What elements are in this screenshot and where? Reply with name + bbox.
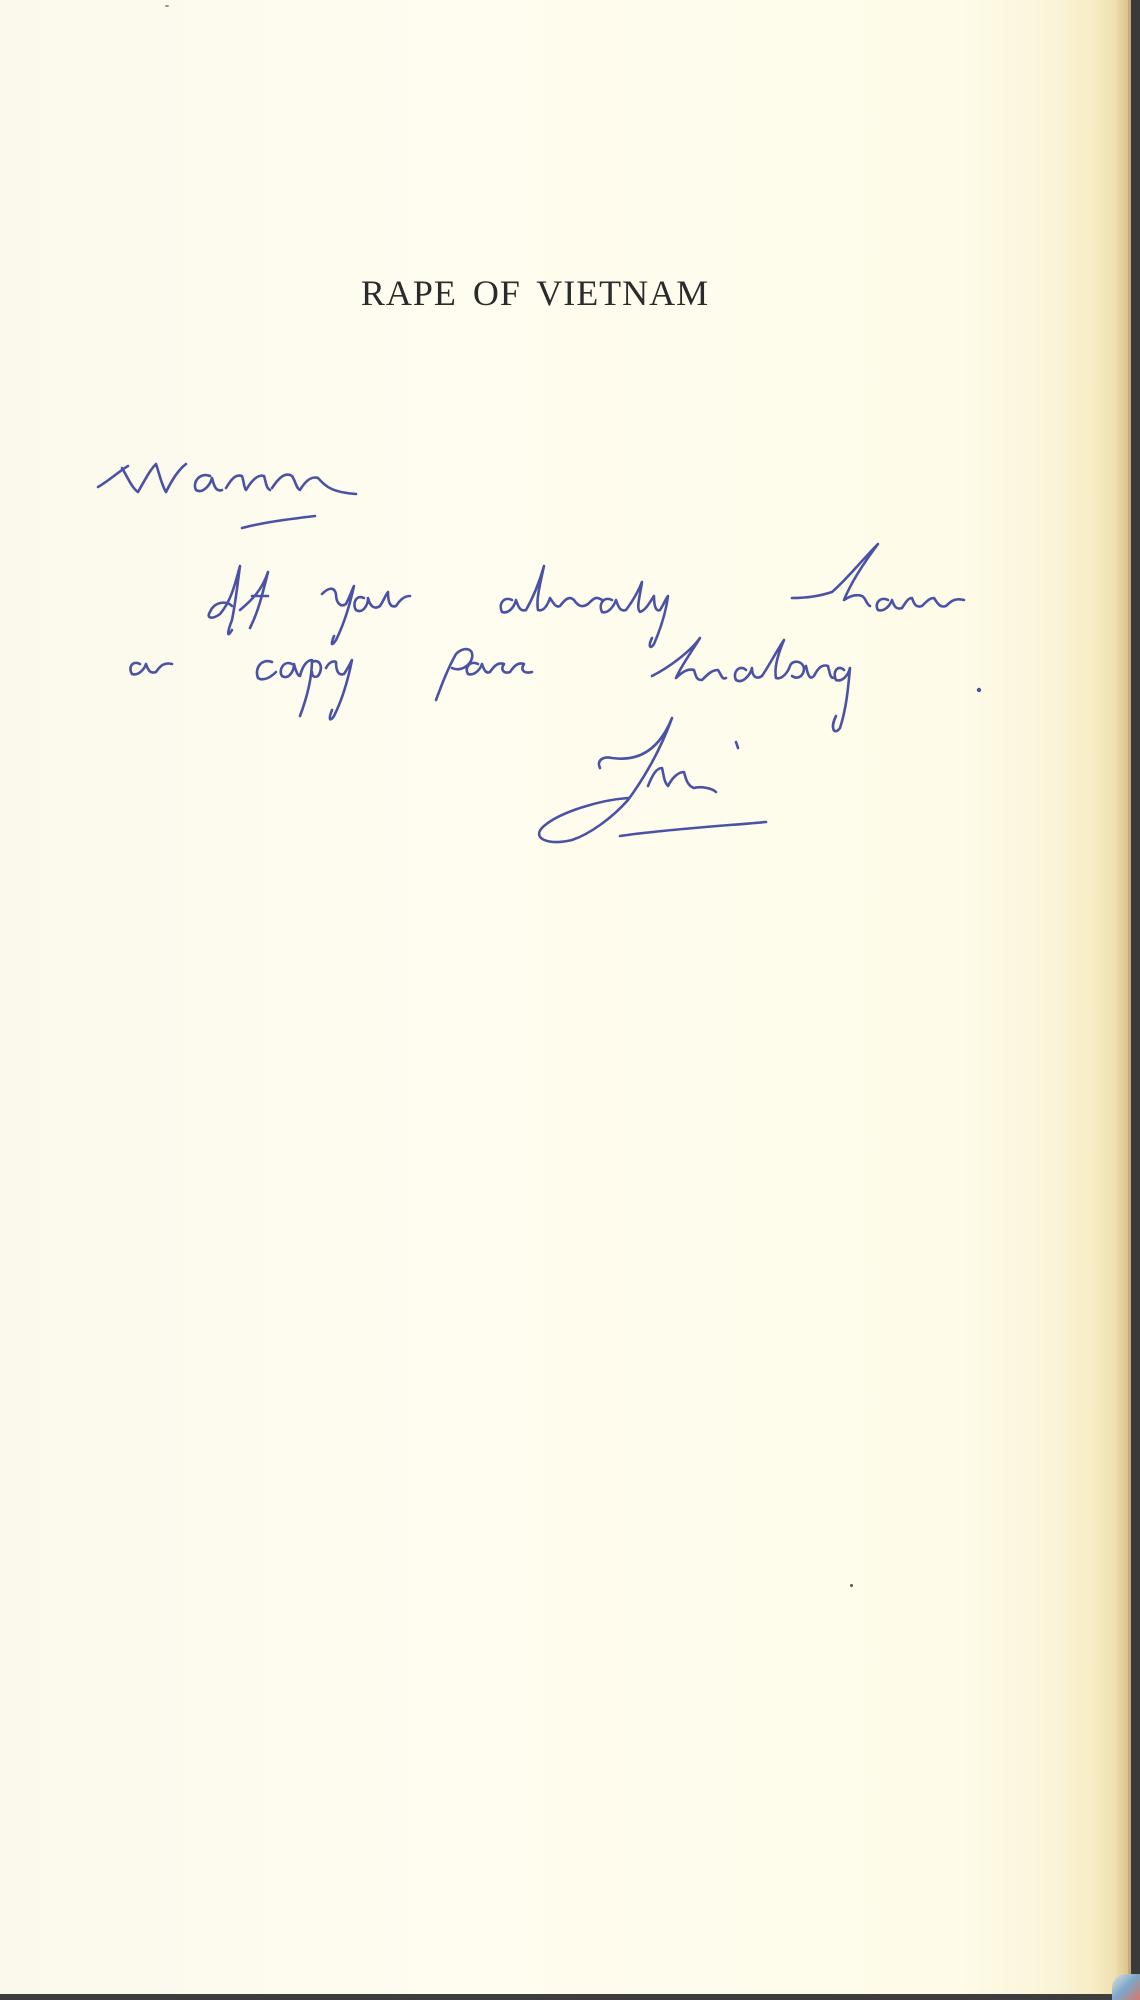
salutation-underline <box>242 516 315 528</box>
page-bottom-edge <box>0 1994 1140 2000</box>
book-title-page: RAPE OF VIETNAM Warren If you already ha… <box>0 0 1131 1994</box>
handwriting-warren <box>98 464 356 494</box>
handwriting-line-2 <box>130 638 981 731</box>
book-cover-corner <box>1112 1974 1140 2000</box>
paper-speck <box>850 1584 853 1587</box>
handwriting-line-1 <box>209 544 964 647</box>
handwritten-inscription <box>0 0 1140 2000</box>
paper-speck <box>165 5 169 7</box>
handwritten-signature <box>539 718 766 842</box>
period-dot <box>977 688 981 692</box>
